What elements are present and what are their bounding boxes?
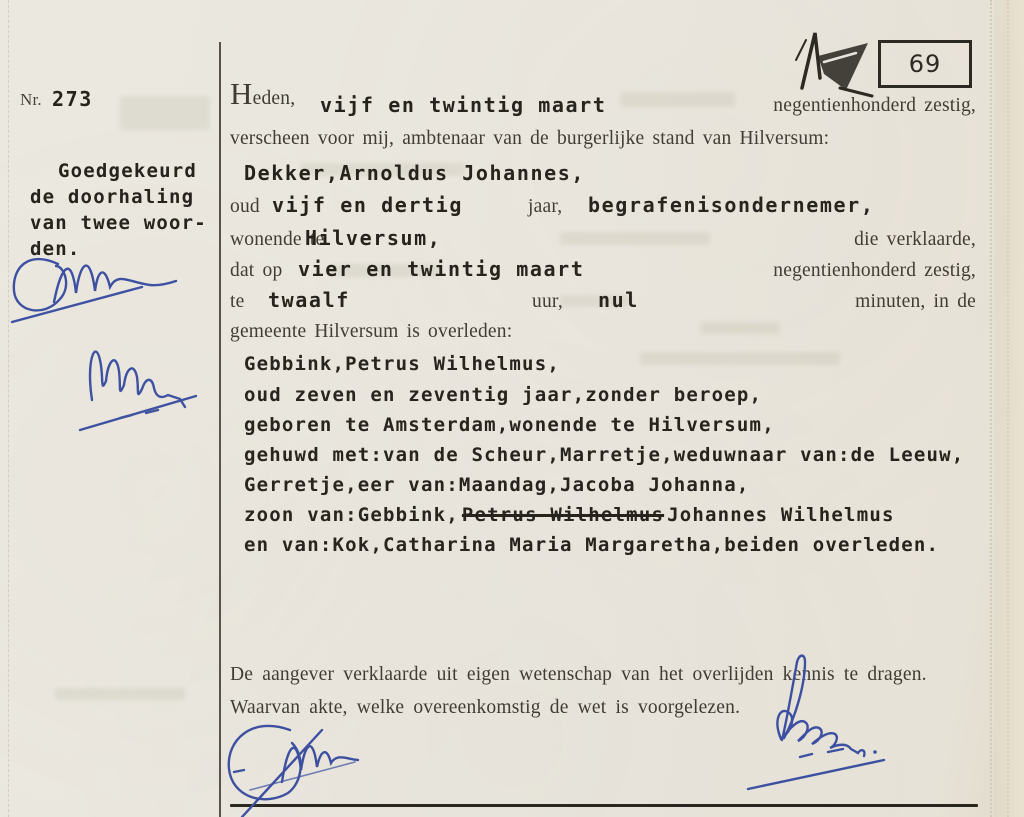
typed-deceased-prev-marriage: Gerretje,eer van:Maandag,Jacoba Johanna, bbox=[244, 474, 750, 496]
label-oud: oud bbox=[230, 196, 260, 218]
label-dat-op: dat op bbox=[230, 260, 282, 282]
margin-note-line4: den. bbox=[30, 236, 207, 262]
bottom-horizontal-rule bbox=[230, 804, 978, 807]
margin-signature-2 bbox=[80, 352, 196, 430]
typed-deceased-father-line: zoon van:Gebbink,Petrus-WilhelmusJohanne… bbox=[244, 504, 895, 526]
ink-showthrough bbox=[560, 232, 710, 245]
page-number-box: 69 bbox=[878, 40, 972, 88]
page-crease-line bbox=[990, 0, 994, 817]
printed-year: negentienhonderd zestig, bbox=[773, 95, 976, 117]
left-perforation-line bbox=[8, 0, 10, 817]
margin-signature-1 bbox=[12, 259, 176, 322]
margin-approval-note: Goedgekeurd de doorhaling van twee woor-… bbox=[30, 158, 207, 262]
typed-registration-date: vijf en twintig maart bbox=[320, 93, 606, 117]
struck-words: Petrus-Wilhelmus bbox=[462, 504, 664, 526]
page-number: 69 bbox=[909, 50, 942, 78]
closing-statement: De aangever verklaarde uit eigen wetensc… bbox=[230, 664, 927, 686]
typed-declarant-profession: begrafenisondernemer, bbox=[588, 193, 874, 217]
act-number-label: Nr. bbox=[20, 90, 42, 110]
typed-deceased-mother-line: en van:Kok,Catharina Maria Margaretha,be… bbox=[244, 534, 939, 556]
ink-showthrough bbox=[620, 92, 735, 107]
line-heden: Heden, bbox=[230, 84, 295, 110]
closing-akte: Waarvan akte, welke overeenkomstig de we… bbox=[230, 697, 740, 719]
typed-deceased-name: Gebbink,Petrus Wilhelmus, bbox=[244, 353, 560, 375]
line-municipality: gemeente Hilversum is overleden: bbox=[230, 321, 512, 343]
typed-declarant-name: Dekker,Arnoldus Johannes, bbox=[244, 161, 585, 185]
typed-declarant-age: vijf en dertig bbox=[272, 193, 463, 217]
typed-death-hour: twaalf bbox=[268, 288, 350, 312]
official-paraph-stamp bbox=[796, 33, 872, 96]
ink-showthrough bbox=[120, 96, 210, 130]
label-jaar: jaar, bbox=[528, 196, 562, 218]
ink-showthrough bbox=[640, 352, 840, 365]
typed-deceased-age: oud zeven en zeventig jaar,zonder beroep… bbox=[244, 384, 762, 406]
heden-rest: eden, bbox=[253, 88, 296, 109]
typed-deceased-birth: geboren te Amsterdam,wonende te Hilversu… bbox=[244, 414, 775, 436]
act-number-value: 273 bbox=[52, 87, 93, 111]
label-minuten: minuten, in de bbox=[855, 291, 976, 313]
label-uur: uur, bbox=[532, 291, 563, 313]
margin-note-line2: de doorhaling bbox=[30, 184, 207, 210]
margin-note-line1: Goedgekeurd bbox=[30, 158, 207, 184]
ink-showthrough bbox=[55, 688, 185, 700]
son-of-prefix: zoon van:Gebbink, bbox=[244, 504, 459, 526]
ink-showthrough bbox=[700, 322, 780, 334]
label-die-verklaarde: die verklaarde, bbox=[854, 229, 976, 251]
typed-declarant-residence: Hilversum, bbox=[305, 226, 441, 250]
margin-note-line3: van twee woor- bbox=[30, 210, 207, 236]
son-of-suffix: Johannes Wilhelmus bbox=[667, 504, 895, 526]
page-crease-line-2 bbox=[1007, 0, 1011, 817]
typed-deceased-marriage: gehuwd met:van de Scheur,Marretje,weduwn… bbox=[244, 444, 964, 466]
typed-death-minutes: nul bbox=[598, 288, 639, 312]
line-appeared: verscheen voor mij, ambtenaar van de bur… bbox=[230, 128, 829, 150]
column-divider-line bbox=[219, 42, 221, 817]
death-certificate-scan: Nr. 273 Goedgekeurd de doorhaling van tw… bbox=[0, 0, 1024, 817]
printed-death-year: negentienhonderd zestig, bbox=[773, 260, 976, 282]
label-te: te bbox=[230, 291, 244, 313]
heden-initial: H bbox=[230, 76, 253, 111]
typed-death-date: vier en twintig maart bbox=[298, 257, 584, 281]
